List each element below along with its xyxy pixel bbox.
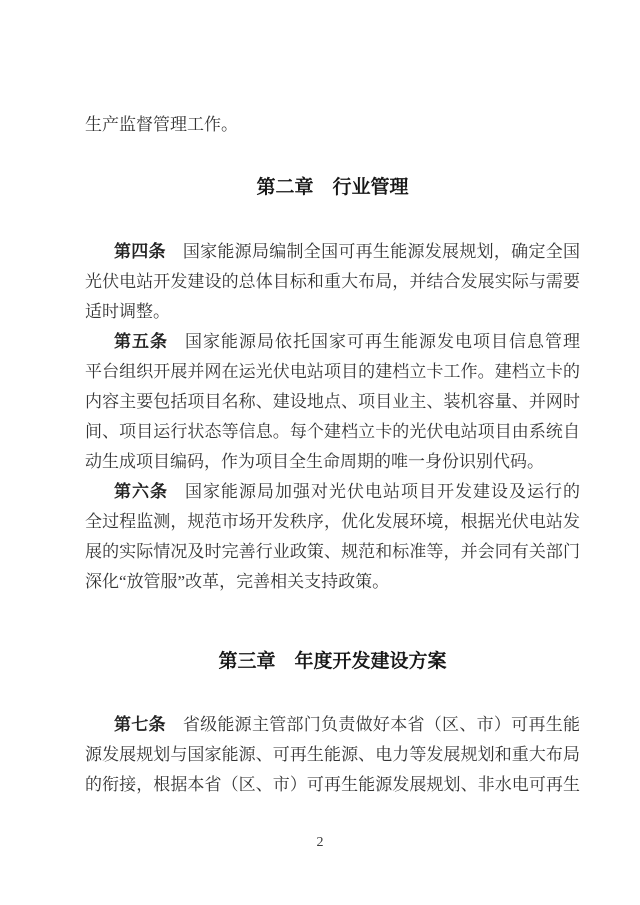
article-5-line: 第五条国家能源局依托国家可再生能源发电项目信息管理 <box>85 327 580 357</box>
article-6: 第六条国家能源局加强对光伏电站项目开发建设及运行的 全过程监测，规范市场开发秩序… <box>85 477 580 597</box>
article-4-label: 第四条 <box>114 242 166 261</box>
article-5-label: 第五条 <box>114 332 168 351</box>
article-5-line: 间、项目运行状态等信息。每个建档立卡的光伏电站项目由系统自 <box>85 417 580 447</box>
article-4-line: 适时调整。 <box>85 297 580 327</box>
article-6-line: 第六条国家能源局加强对光伏电站项目开发建设及运行的 <box>85 477 580 507</box>
article-6-line: 深化“放管服”改革，完善相关支持政策。 <box>85 567 580 597</box>
article-6-text: 国家能源局加强对光伏电站项目开发建设及运行的 <box>185 482 580 501</box>
article-4-line: 第四条国家能源局编制全国可再生能源发展规划，确定全国 <box>85 237 580 267</box>
article-6-line: 全过程监测，规范市场开发秩序，优化发展环境，根据光伏电站发 <box>85 507 580 537</box>
chapter-3-number: 第三章 <box>218 651 275 672</box>
article-5-line: 平台组织开展并网在运光伏电站项目的建档立卡工作。建档立卡的 <box>85 357 580 387</box>
article-7-text: 省级能源主管部门负责做好本省（区、市）可再生能 <box>183 715 580 734</box>
document-page: 生产监督管理工作。 第二章行业管理 第四条国家能源局编制全国可再生能源发展规划，… <box>0 0 640 905</box>
article-7-line: 源发展规划与国家能源、可再生能源、电力等发展规划和重大布局 <box>85 740 580 770</box>
article-4-text: 国家能源局编制全国可再生能源发展规划，确定全国 <box>183 242 580 261</box>
page-content: 生产监督管理工作。 第二章行业管理 第四条国家能源局编制全国可再生能源发展规划，… <box>85 0 580 800</box>
article-7: 第七条省级能源主管部门负责做好本省（区、市）可再生能 源发展规划与国家能源、可再… <box>85 710 580 800</box>
article-6-label: 第六条 <box>114 482 168 501</box>
article-6-line: 展的实际情况及时完善行业政策、规范和标准等，并会同有关部门 <box>85 537 580 567</box>
article-5-text: 国家能源局依托国家可再生能源发电项目信息管理 <box>185 332 580 351</box>
article-7-line: 的衔接，根据本省（区、市）可再生能源发展规划、非水电可再生 <box>85 770 580 800</box>
chapter-2-title: 行业管理 <box>333 177 409 198</box>
article-7-label: 第七条 <box>114 715 166 734</box>
page-number: 2 <box>0 828 640 858</box>
chapter-2-heading: 第二章行业管理 <box>85 173 580 203</box>
chapter-3-title: 年度开发建设方案 <box>295 651 447 672</box>
chapter-2-number: 第二章 <box>256 177 313 198</box>
paragraph-continuation: 生产监督管理工作。 <box>85 110 580 140</box>
article-7-line: 第七条省级能源主管部门负责做好本省（区、市）可再生能 <box>85 710 580 740</box>
chapter-3-heading: 第三章年度开发建设方案 <box>85 647 580 677</box>
article-4-line: 光伏电站开发建设的总体目标和重大布局，并结合发展实际与需要 <box>85 267 580 297</box>
article-5: 第五条国家能源局依托国家可再生能源发电项目信息管理 平台组织开展并网在运光伏电站… <box>85 327 580 477</box>
article-5-line: 动生成项目编码，作为项目全生命周期的唯一身份识别代码。 <box>85 447 580 477</box>
article-4: 第四条国家能源局编制全国可再生能源发展规划，确定全国 光伏电站开发建设的总体目标… <box>85 237 580 327</box>
article-5-line: 内容主要包括项目名称、建设地点、项目业主、装机容量、并网时 <box>85 387 580 417</box>
